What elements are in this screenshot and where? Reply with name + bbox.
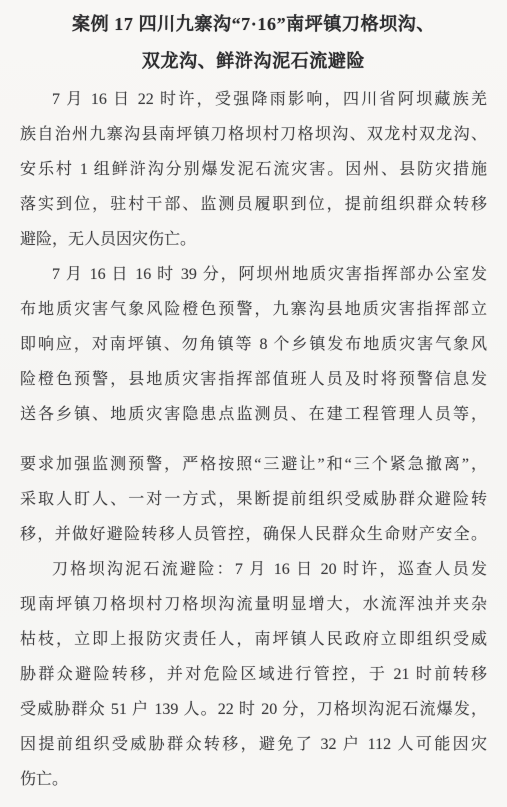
- text-line: 送各乡镇、地质灾害隐患点监测员、在建工程管理人员等，: [20, 397, 487, 432]
- text-line: 布地质灾害气象风险橙色预警，九寨沟县地质灾害指挥部立: [20, 292, 487, 327]
- text-line: 7 月 16 日 22 时许，受强降雨影响，四川省阿坝藏族羌: [20, 82, 487, 117]
- text-line: 胁群众避险转移，并对危险区域进行管控，于 21 时前转移: [20, 657, 487, 692]
- text-line: 落实到位，驻村干部、监测员履职到位，提前组织群众转移: [20, 187, 487, 222]
- document-title: 案例 17 四川九寨沟“7·16”南坪镇刀格坝沟、 双龙沟、鲜浒沟泥石流避险: [20, 6, 487, 80]
- text-line: 安乐村 1 组鲜浒沟分别爆发泥石流灾害。因州、县防灾措施: [20, 152, 487, 187]
- text-line: 避险，无人员因灾伤亡。: [20, 222, 487, 257]
- paragraph-3: 刀格坝沟泥石流避险：7 月 16 日 20 时许，巡查人员发 现南坪镇刀格坝村刀…: [20, 552, 487, 797]
- document-page: 案例 17 四川九寨沟“7·16”南坪镇刀格坝沟、 双龙沟、鲜浒沟泥石流避险 7…: [0, 0, 507, 807]
- text-line: 险橙色预警，县地质灾害指挥部值班人员及时将预警信息发: [20, 362, 487, 397]
- paragraph-1: 7 月 16 日 22 时许，受强降雨影响，四川省阿坝藏族羌 族自治州九寨沟县南…: [20, 82, 487, 257]
- paragraph-2: 7 月 16 日 16 时 39 分，阿坝州地质灾害指挥部办公室发 布地质灾害气…: [20, 257, 487, 552]
- text-line: 即响应，对南坪镇、勿角镇等 8 个乡镇发布地质灾害气象风: [20, 327, 487, 362]
- title-line-1: 案例 17 四川九寨沟“7·16”南坪镇刀格坝沟、: [20, 6, 487, 43]
- text-line: 采取人盯人、一对一方式，果断提前组织受威胁群众避险转: [20, 482, 487, 517]
- text-line: 要求加强监测预警，严格按照“三避让”和“三个紧急撤离”，: [20, 447, 487, 482]
- text-line: 7 月 16 日 16 时 39 分，阿坝州地质灾害指挥部办公室发: [20, 257, 487, 292]
- text-line: 族自治州九寨沟县南坪镇刀格坝村刀格坝沟、双龙村双龙沟、: [20, 117, 487, 152]
- text-line: 因提前组织受威胁群众转移，避免了 32 户 112 人可能因灾: [20, 727, 487, 762]
- text-line: 枯枝，立即上报防灾责任人，南坪镇人民政府立即组织受威: [20, 622, 487, 657]
- text-line: 刀格坝沟泥石流避险：7 月 16 日 20 时许，巡查人员发: [20, 552, 487, 587]
- text-line: 移，并做好避险转移人员管控，确保人民群众生命财产安全。: [20, 517, 487, 552]
- title-line-2: 双龙沟、鲜浒沟泥石流避险: [20, 43, 487, 80]
- text-line: 受威胁群众 51 户 139 人。22 时 20 分，刀格坝沟泥石流爆发，: [20, 692, 487, 727]
- text-line: 现南坪镇刀格坝村刀格坝沟流量明显增大，水流浑浊并夹杂: [20, 587, 487, 622]
- text-line: 伤亡。: [20, 762, 487, 797]
